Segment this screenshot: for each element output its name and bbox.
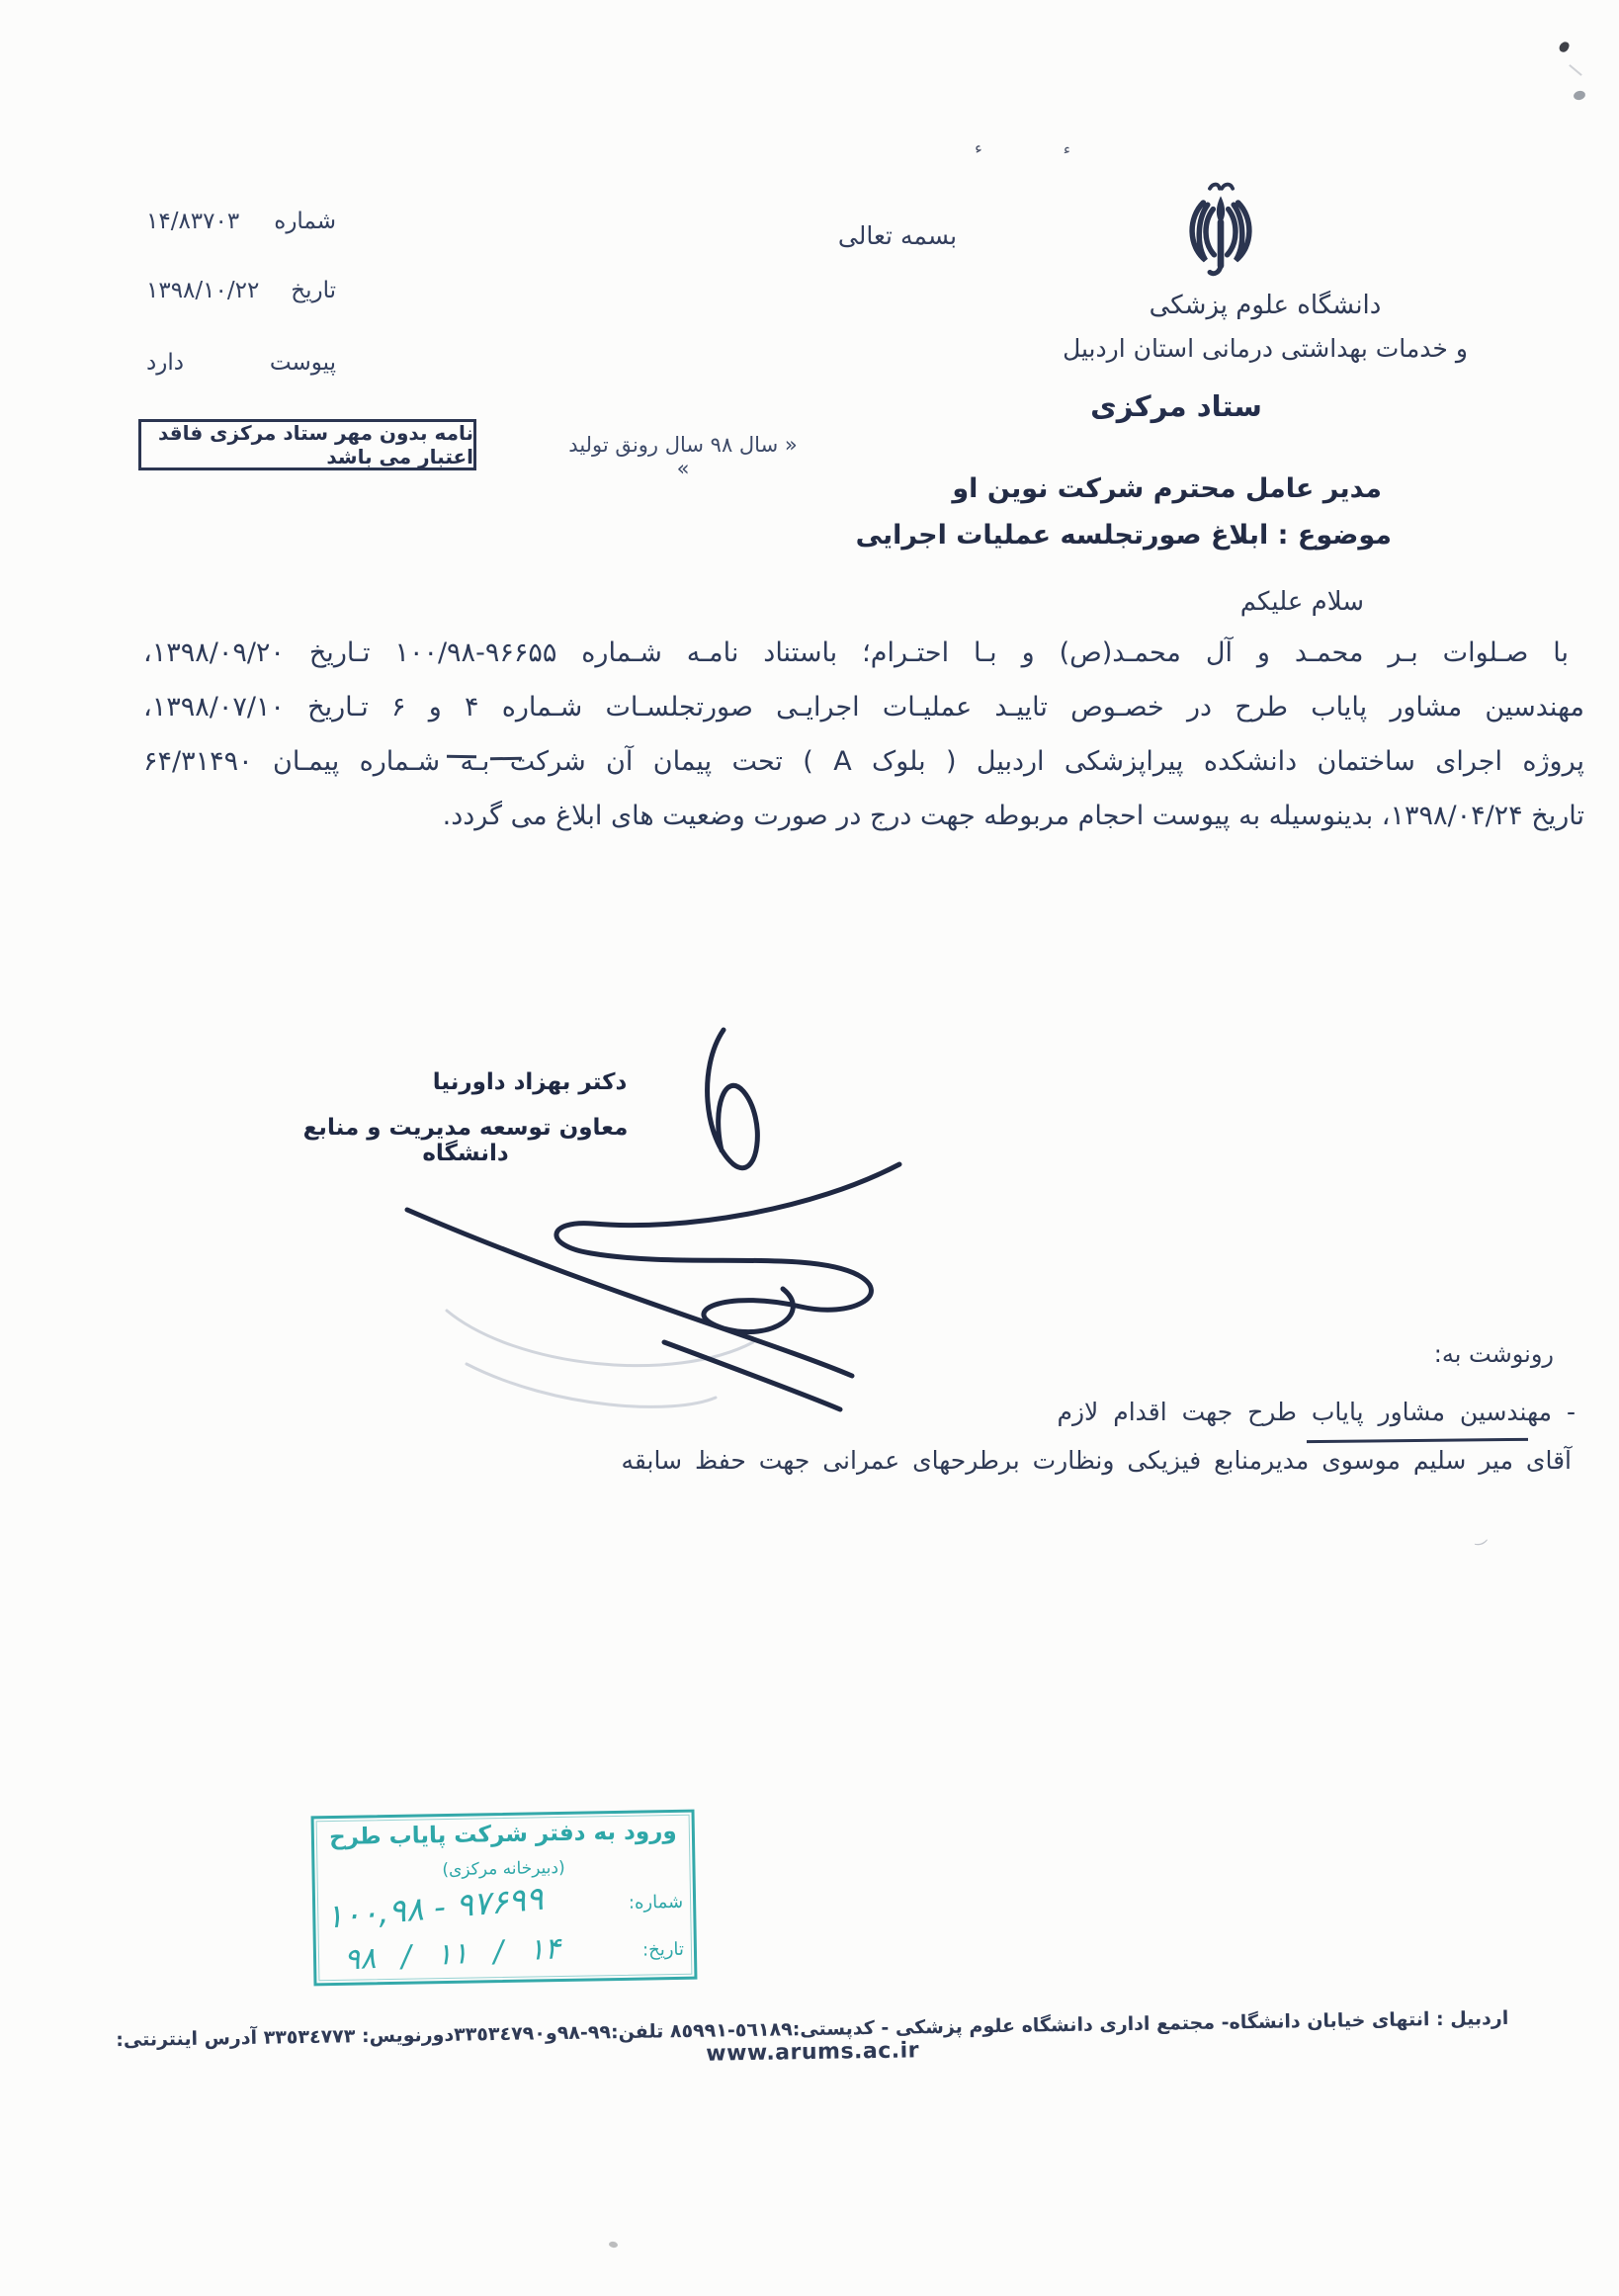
org-name-line1: دانشگاه علوم پزشکی (1077, 291, 1453, 320)
attachment-row: پیوست دارد (146, 350, 336, 376)
scan-speck (609, 2241, 619, 2248)
scanned-letter-page: ء ء ( بسمه تعالی دانشگاه علوم پزشکی و خد… (0, 0, 1619, 2296)
stamp-title: ورود به دفتر شرکت پایاب طرح (314, 1819, 692, 1851)
signatory-name: دکتر بهزاد داورنیا (431, 1069, 629, 1095)
stamp-number-handwritten: ۱۰۰,۹۸ - ۹۷۶۹۹ (324, 1879, 545, 1936)
body-line: با صـلوات بـر محمـد و آل محمـد(ص) و بـا … (143, 626, 1584, 680)
body-line: مهندسین مشاور پایاب طرح در خصـوص تاییـد … (143, 680, 1584, 734)
attachment-value: دارد (146, 350, 184, 376)
body-line: تاریخ ۱۳۹۸/۰۴/۲۴، بدینوسیله به پیوست احج… (143, 789, 1584, 843)
scan-ink-curl: ء (1063, 140, 1071, 159)
bismillah-text: بسمه تعالی (818, 221, 977, 250)
letter-date-label: تاریخ (291, 278, 336, 303)
stamp-date-label: تاریخ: (642, 1939, 684, 1961)
year-slogan: « سال ۹۸ سال رونق تولید » (559, 433, 807, 480)
signatory-title: معاون توسعه مدیریت و منابع دانشگاه (293, 1115, 639, 1166)
subject-line: موضوع : ابلاغ صورتجلسه عملیات اجرایی (856, 520, 1392, 551)
body-line: پروژه اجرای ساختمان دانشکده پیراپزشکی ار… (143, 734, 1584, 789)
letter-number-row: شماره ۱۴/۸۳۷۰۳ (146, 209, 336, 234)
cc-item: - مهندسین مشاور پایاب طرح جهت اقدام لازم (1057, 1398, 1576, 1426)
cc-label: رونوشت به: (1434, 1340, 1554, 1368)
salutation-line: سلام علیکم (1240, 587, 1364, 617)
letter-body: با صـلوات بـر محمـد و آل محمـد(ص) و بـا … (143, 626, 1584, 843)
scan-speck (1573, 90, 1586, 102)
stamp-number-label: شماره: (629, 1892, 684, 1913)
letter-date-value: ۱۳۹۸/۱۰/۲۲ (146, 278, 259, 303)
stamp-date-handwritten: ۱۴ / ۱۱ / ۹۸ (343, 1931, 561, 1977)
scan-ink-curl: ء (974, 138, 983, 158)
scan-speck: ( (1472, 1537, 1491, 1549)
validity-note-text: نامه بدون مهر ستاد مرکزی فاقد اعتبار می … (141, 421, 473, 468)
attachment-label: پیوست (270, 350, 336, 376)
org-name-line3: ستاد مرکزی (1008, 389, 1344, 423)
validity-note-box: نامه بدون مهر ستاد مرکزی فاقد اعتبار می … (138, 419, 476, 470)
org-name-line2: و خدمات بهداشتی درمانی استان اردبیل (1028, 334, 1502, 363)
letter-number-label: شماره (274, 209, 336, 234)
entry-stamp: ورود به دفتر شرکت پایاب طرح (دبیرخانه مر… (311, 1810, 698, 1987)
scan-speck (1558, 41, 1571, 54)
cc-item: آقای میر سلیم موسوی مدیرمنابع فیزیکی ونظ… (621, 1446, 1572, 1475)
handwritten-underline (1307, 1438, 1528, 1443)
letter-date-row: تاریخ ۱۳۹۸/۱۰/۲۲ (146, 278, 336, 303)
footer-website: www.arums.ac.ir (706, 2038, 919, 2066)
handwritten-underline (490, 757, 522, 761)
iran-national-emblem-icon (1166, 179, 1275, 292)
stamp-subtitle: (دبیرخانه مرکزی) (314, 1856, 692, 1883)
recipient-line: مدیر عامل محترم شرکت نوین او (952, 473, 1382, 504)
handwritten-underline (447, 755, 476, 759)
letter-number-value: ۱۴/۸۳۷۰۳ (146, 209, 239, 234)
scan-speck (1569, 64, 1582, 76)
footer-address-line: اردبیل : انتهای خیابان دانشگاه- مجتمع اد… (111, 2007, 1515, 2076)
